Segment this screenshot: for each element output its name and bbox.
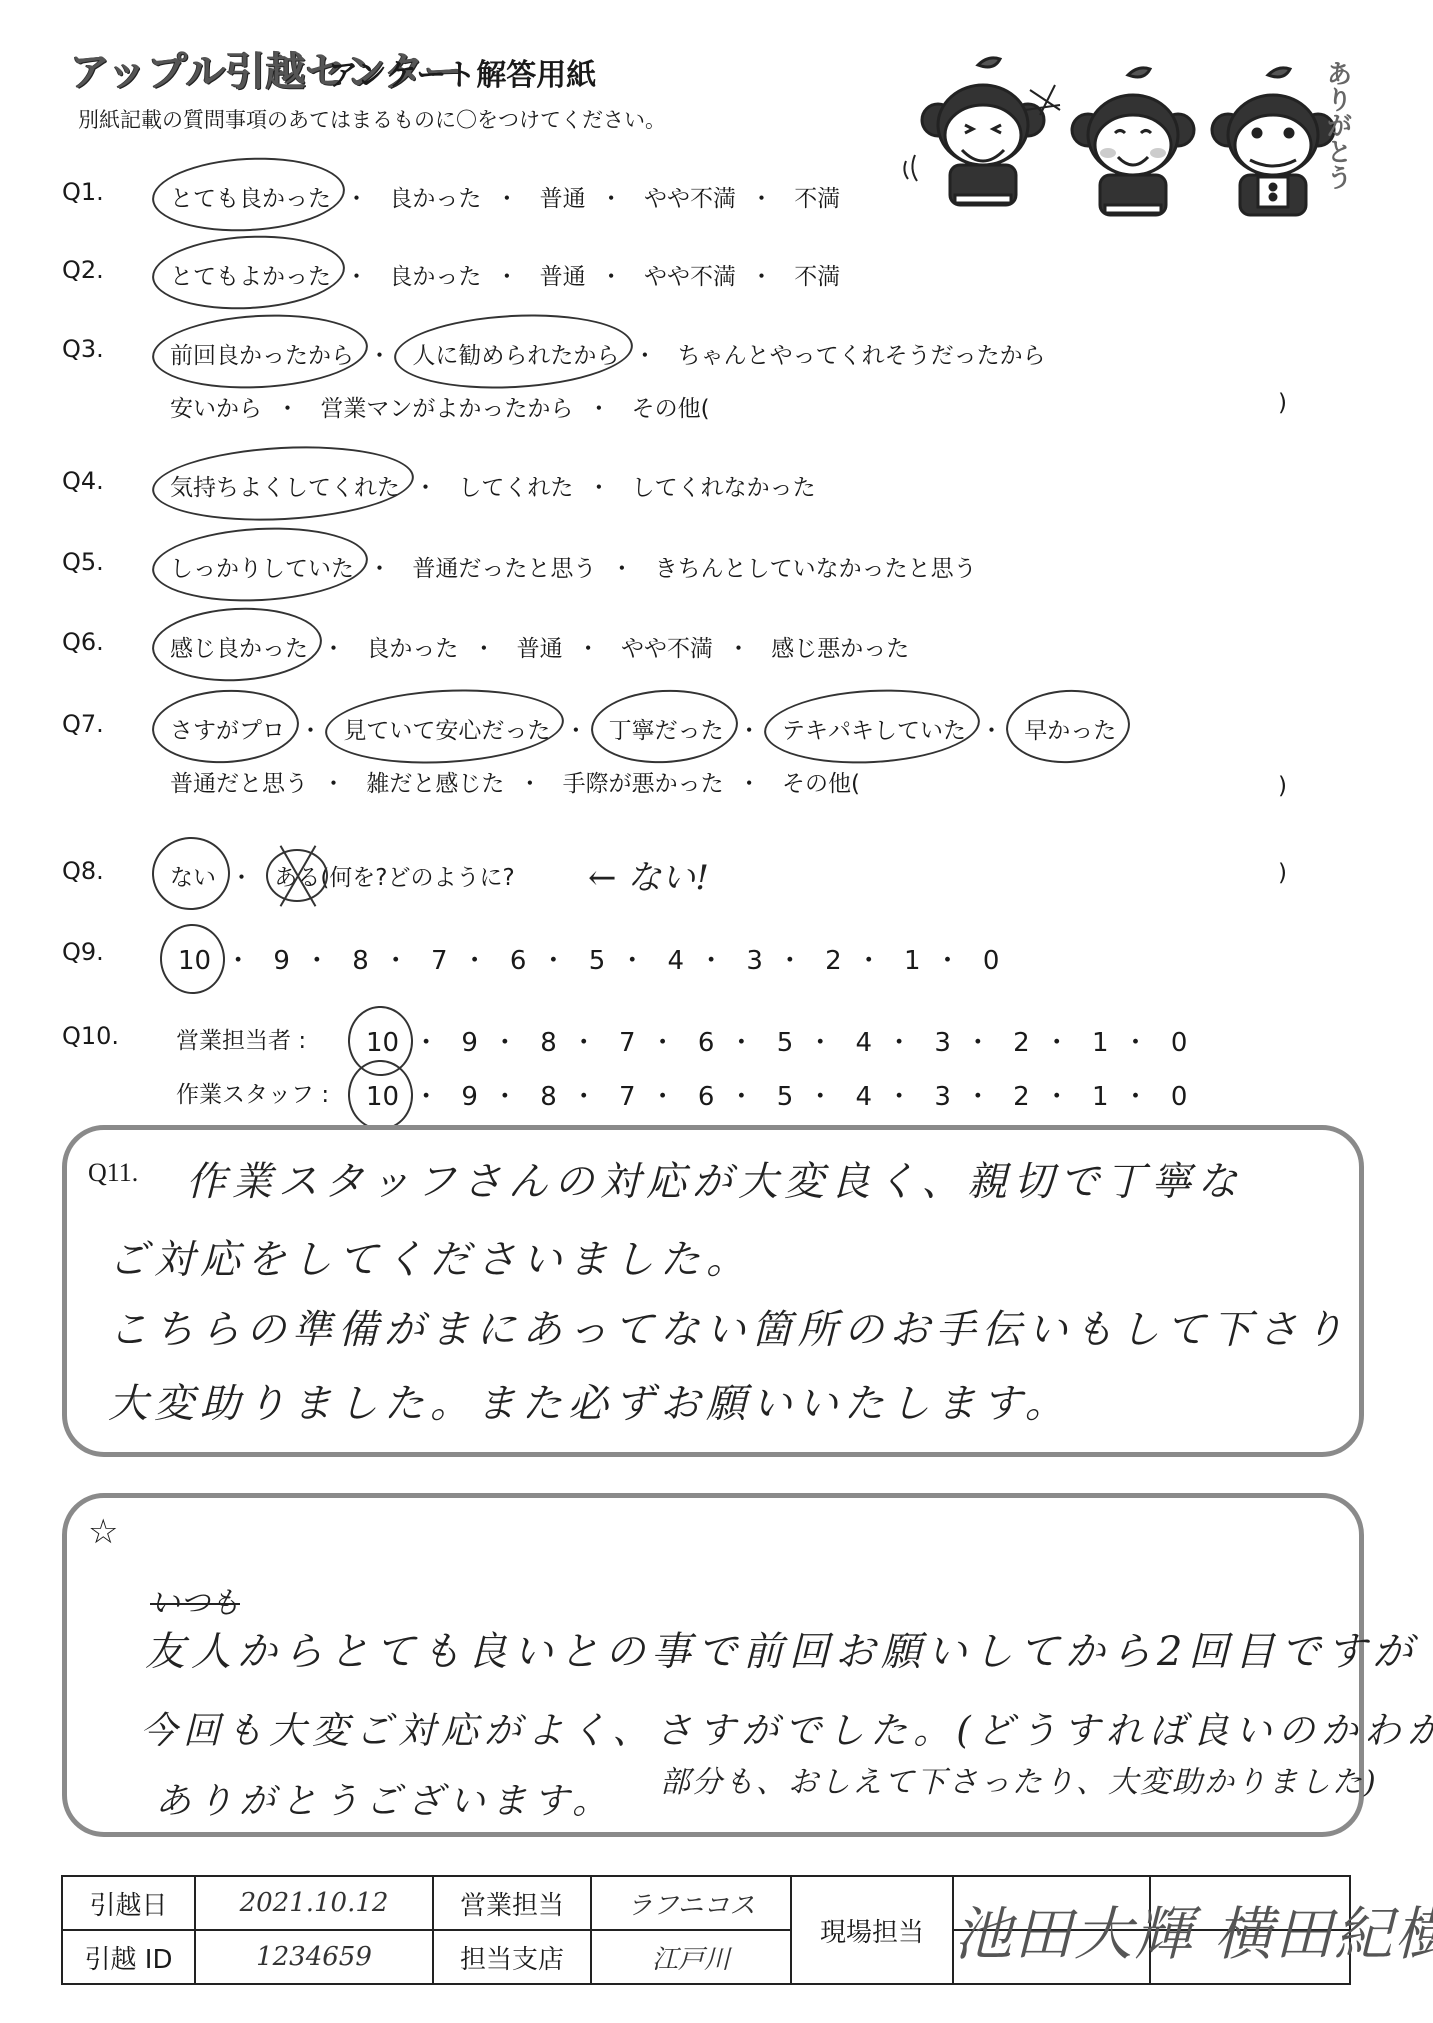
q8-option-some-detail: (何を?どのように? (320, 865, 514, 891)
q4-option-3[interactable]: してくれなかった (632, 469, 816, 502)
site-staff-signature: 池田大輝 横田紀樹 (954, 1887, 1334, 1971)
q4-options: 気持ちよくしてくれた・ してくれた・ してくれなかった (170, 469, 816, 502)
q9-score-8[interactable]: 8 (352, 946, 369, 976)
q2-option-2[interactable]: 良かった (389, 258, 481, 291)
q9-score-6[interactable]: 6 (510, 946, 527, 976)
q9-score-9[interactable]: 9 (273, 946, 290, 976)
q10-sales-score-5[interactable]: 5 (777, 1028, 794, 1058)
q6-label: Q6. (62, 628, 104, 656)
q9-label: Q9. (62, 938, 104, 966)
struck-out-text: いつも (150, 1578, 240, 1622)
q6-options: 感じ良かった・ 良かった・ 普通・ やや不満・ 感じ悪かった (170, 630, 909, 663)
move-info-table: 引越日 2021.10.12 営業担当 ラフニコス 現場担当 池田大輝 横田紀樹… (61, 1875, 1351, 1985)
form-title: アンケート解答用紙 (328, 50, 596, 94)
q7-option-3[interactable]: 丁寧だった (609, 712, 724, 745)
q10-sales-score-2[interactable]: 2 (1013, 1028, 1030, 1058)
q9-score-7[interactable]: 7 (431, 946, 448, 976)
q11-line-4: 大変助りました。また必ずお願いいたします。 (108, 1384, 1071, 1424)
q3-other-close-paren: ) (1278, 390, 1287, 416)
move-date-label: 引越日 (62, 1876, 195, 1930)
monkey-mascots-icon (890, 55, 1340, 225)
q8-options: ない・ ある(何を?どのように? (170, 859, 515, 892)
q10-staff-score-4[interactable]: 4 (856, 1082, 873, 1112)
q3-option-2[interactable]: 人に勧められたから (412, 337, 619, 370)
q1-option-2[interactable]: 良かった (389, 180, 481, 213)
q7-option-2[interactable]: 見ていて安心だった (343, 712, 550, 745)
site-staff-cell-1[interactable]: 池田大輝 横田紀樹 (953, 1876, 1150, 1930)
q6-option-1[interactable]: 感じ良かった (170, 630, 308, 663)
q2-option-3[interactable]: 普通 (540, 258, 586, 291)
q3-option-4[interactable]: 安いから (170, 390, 262, 423)
q9-score-1[interactable]: 1 (904, 946, 921, 976)
comment-line-1: 友人からとても良いとの事で前回お願いしてから2回目ですが (145, 1632, 1418, 1672)
q10-sales-rep-label: 営業担当者 (176, 1028, 291, 1054)
q7-option-7[interactable]: 雑だと感じた (366, 765, 504, 798)
sales-rep-value[interactable]: ラフニコス (591, 1876, 791, 1930)
move-id-value[interactable]: 1234659 (195, 1930, 433, 1984)
q11-line-2: ご対応をしてくださいました。 (108, 1240, 752, 1280)
q8-close-paren: ) (1278, 860, 1287, 886)
q6-option-4[interactable]: やや不満 (621, 630, 713, 663)
q10-staff-score-1[interactable]: 1 (1092, 1082, 1109, 1112)
q6-option-2[interactable]: 良かった (366, 630, 458, 663)
q10-label: Q10. (62, 1022, 119, 1050)
q5-option-3[interactable]: きちんとしていなかったと思う (655, 550, 977, 583)
q7-other-close-paren: ) (1278, 773, 1287, 799)
q9-score-2[interactable]: 2 (825, 946, 842, 976)
q5-label: Q5. (62, 548, 104, 576)
q7-options: さすがプロ・ 見ていて安心だった・ 丁寧だった・ テキパキしていた・ 早かった (170, 712, 1116, 745)
q10-sales-score-7[interactable]: 7 (619, 1028, 636, 1058)
q3-option-3[interactable]: ちゃんとやってくれそうだったから (678, 337, 1046, 370)
q10-sales-colon: : (298, 1028, 306, 1054)
q11-line-1: 作業スタッフさんの対応が大変良く、親切で丁寧な (186, 1162, 1243, 1202)
q10-staff-score-2[interactable]: 2 (1013, 1082, 1030, 1112)
sales-rep-label: 営業担当 (433, 1876, 591, 1930)
q11-label: Q11. (88, 1158, 138, 1188)
q8-option-none[interactable]: ない (170, 859, 216, 892)
comment-line-4: 部分も、おしえて下さったり、大変助かりました) (660, 1768, 1378, 1798)
q10-sales-score-10[interactable]: 10 (366, 1028, 399, 1058)
q10-staff-score-10[interactable]: 10 (366, 1082, 399, 1112)
comment-line-2: 今回も大変ご対応がよく、さすがでした。(どうすれば良いのかわからない (140, 1712, 1433, 1749)
q5-option-1[interactable]: しっかりしていた (170, 550, 354, 583)
q3-label: Q3. (62, 335, 104, 363)
comment-line-3: ありがとうございます。 (155, 1784, 614, 1820)
q10-staff-score-3[interactable]: 3 (934, 1082, 951, 1112)
star-icon: ☆ (88, 1512, 118, 1552)
q7-label: Q7. (62, 710, 104, 738)
q5-option-2[interactable]: 普通だったと思う (412, 550, 596, 583)
q10-staff-score-8[interactable]: 8 (540, 1082, 557, 1112)
q2-options: とてもよかった・ 良かった・ 普通・ やや不満・ 不満 (170, 258, 840, 291)
q10-sales-score-9[interactable]: 9 (461, 1028, 478, 1058)
q10-sales-score-3[interactable]: 3 (934, 1028, 951, 1058)
q6-option-5[interactable]: 感じ悪かった (771, 630, 909, 663)
crossed-circle-mark (266, 849, 328, 902)
site-staff-label: 現場担当 (791, 1876, 953, 1984)
q6-option-3[interactable]: 普通 (517, 630, 563, 663)
q1-option-4[interactable]: やや不満 (644, 180, 736, 213)
q4-option-2[interactable]: してくれた (458, 469, 573, 502)
q10-work-staff-label: 作業スタッフ (176, 1082, 314, 1108)
q1-option-3[interactable]: 普通 (540, 180, 586, 213)
q1-option-5[interactable]: 不満 (794, 180, 840, 213)
q1-label: Q1. (62, 178, 104, 206)
q10-staff-score-7[interactable]: 7 (619, 1082, 636, 1112)
q8-handwritten-answer: ← ない! (588, 850, 709, 899)
branch-value[interactable]: 江戸川 (591, 1930, 791, 1984)
q8-label: Q8. (62, 857, 104, 885)
q10-sales-score-8[interactable]: 8 (540, 1028, 557, 1058)
q7-option-other[interactable]: その他( (782, 765, 860, 798)
q7-option-5[interactable]: 早かった (1024, 712, 1116, 745)
q10-sales-score-4[interactable]: 4 (856, 1028, 873, 1058)
q10-sales-options: 10・ 9・ 8・ 7・ 6・ 5・ 4・ 3・ 2・ 1・ 0 (366, 1022, 1187, 1059)
instruction-text: 別紙記載の質問事項のあてはまるものに〇をつけてください。 (78, 104, 666, 134)
q10-sales-label: 営業担当者 : (176, 1022, 306, 1055)
q2-label: Q2. (62, 256, 104, 284)
q10-staff-score-0[interactable]: 0 (1171, 1082, 1188, 1112)
q11-line-3: こちらの準備がまにあってない箇所のお手伝いもして下さり (108, 1310, 1350, 1350)
q10-sales-score-6[interactable]: 6 (698, 1028, 715, 1058)
q9-score-5[interactable]: 5 (589, 946, 606, 976)
q8-option-some[interactable]: ある (274, 859, 320, 892)
move-date-value[interactable]: 2021.10.12 (195, 1876, 433, 1930)
q3-option-other[interactable]: その他( (632, 390, 710, 423)
q2-option-5[interactable]: 不満 (794, 258, 840, 291)
q10-staff-score-5[interactable]: 5 (777, 1082, 794, 1112)
q10-sales-score-1[interactable]: 1 (1092, 1028, 1109, 1058)
q10-staff-score-9[interactable]: 9 (461, 1082, 478, 1112)
q10-sales-score-0[interactable]: 0 (1171, 1028, 1188, 1058)
q10-staff-colon: : (321, 1082, 329, 1108)
q7-option-4[interactable]: テキパキしていた (782, 712, 966, 745)
q9-score-3[interactable]: 3 (746, 946, 763, 976)
q7-option-6[interactable]: 普通だと思う (170, 765, 308, 798)
q9-score-10[interactable]: 10 (178, 946, 211, 976)
q4-option-1[interactable]: 気持ちよくしてくれた (170, 469, 400, 502)
q3-options: 前回良かったから・ 人に勧められたから・ ちゃんとやってくれそうだったから (170, 337, 1046, 370)
q10-staff-label: 作業スタッフ : (176, 1076, 329, 1109)
q9-score-0[interactable]: 0 (983, 946, 1000, 976)
branch-label: 担当支店 (433, 1930, 591, 1984)
q1-option-1[interactable]: とても良かった (170, 180, 331, 213)
q4-label: Q4. (62, 467, 104, 495)
q7-option-8[interactable]: 手際が悪かった (563, 765, 724, 798)
q5-options: しっかりしていた・ 普通だったと思う・ きちんとしていなかったと思う (170, 550, 977, 583)
q10-staff-options: 10・ 9・ 8・ 7・ 6・ 5・ 4・ 3・ 2・ 1・ 0 (366, 1076, 1187, 1113)
q1-options: とても良かった・ 良かった・ 普通・ やや不満・ 不満 (170, 180, 840, 213)
move-id-label: 引越 ID (62, 1930, 195, 1984)
q2-option-1[interactable]: とてもよかった (170, 258, 331, 291)
q9-score-4[interactable]: 4 (668, 946, 685, 976)
mascot-caption: ありがとう (1318, 60, 1352, 190)
q10-staff-score-6[interactable]: 6 (698, 1082, 715, 1112)
q7-option-1[interactable]: さすがプロ (170, 712, 285, 745)
q2-option-4[interactable]: やや不満 (644, 258, 736, 291)
q3-options-line2: 安いから・ 営業マンがよかったから・ その他( (170, 390, 710, 423)
q7-options-line2: 普通だと思う・ 雑だと感じた・ 手際が悪かった・ その他( (170, 765, 860, 798)
q3-option-5[interactable]: 営業マンがよかったから (320, 390, 573, 423)
q3-option-1[interactable]: 前回良かったから (170, 337, 354, 370)
q9-options: 10・ 9・ 8・ 7・ 6・ 5・ 4・ 3・ 2・ 1・ 0 (178, 940, 999, 977)
